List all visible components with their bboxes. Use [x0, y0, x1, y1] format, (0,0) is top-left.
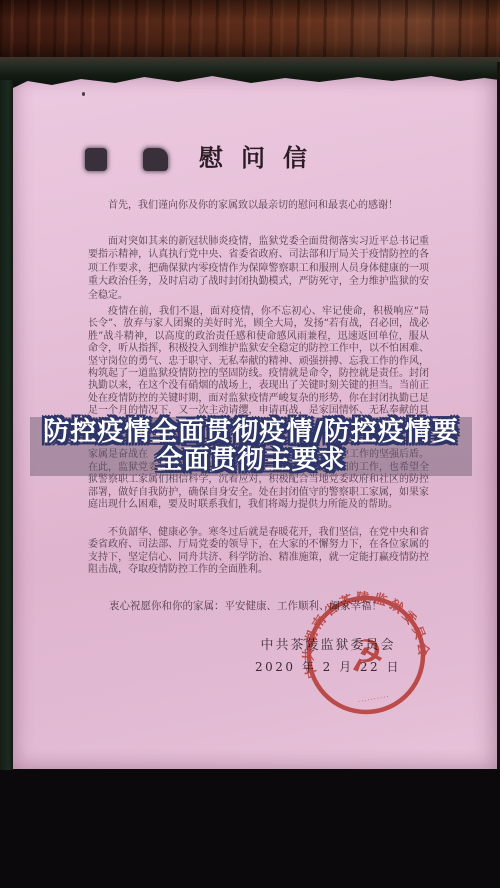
letter-salutation: 首先，我们谨向你及你的家属致以最亲切的慰问和最衷心的感谢！	[88, 200, 429, 212]
subtitle-caption-overlay: 防控疫情全面贯彻疫情/防控疫情要 全面贯彻主要求	[30, 417, 472, 476]
photo-scene: 慰问信 首先，我们谨向你及你的家属致以最亲切的慰问和最衷心的感谢！ 面对突如其来…	[0, 0, 500, 888]
hammer-sickle-icon: ☭	[343, 628, 389, 683]
letter-paragraph: 不负韶华、健康必争。寒冬过后就是春暖花开，我们坚信，在党中央和省委省政府、司法部…	[88, 527, 429, 577]
paper-speck	[82, 92, 85, 96]
wood-table-edge	[0, 0, 500, 58]
letter-paragraph: 面对突如其来的新冠状肺炎疫情，监狱党委全面贯彻落实习近平总书记重要指示精神，认真…	[88, 235, 429, 302]
caption-line-1: 防控疫情全面贯彻疫情/防控疫情要	[30, 418, 472, 447]
desk-left-shadow	[0, 80, 15, 770]
letter-title: 慰问信	[83, 138, 423, 173]
official-seal: 中共湖南省茶陵监狱委员会 ☭ ··········	[291, 580, 442, 731]
caption-line-2: 全面贯彻主要求	[30, 447, 472, 473]
letter-paragraph: 疫情在前，我们不退，面对疫情，你不忘初心、牢记使命，积极响应“局长令”、放弃与家…	[88, 306, 429, 430]
seal-serial-marks: ··········	[357, 693, 390, 706]
